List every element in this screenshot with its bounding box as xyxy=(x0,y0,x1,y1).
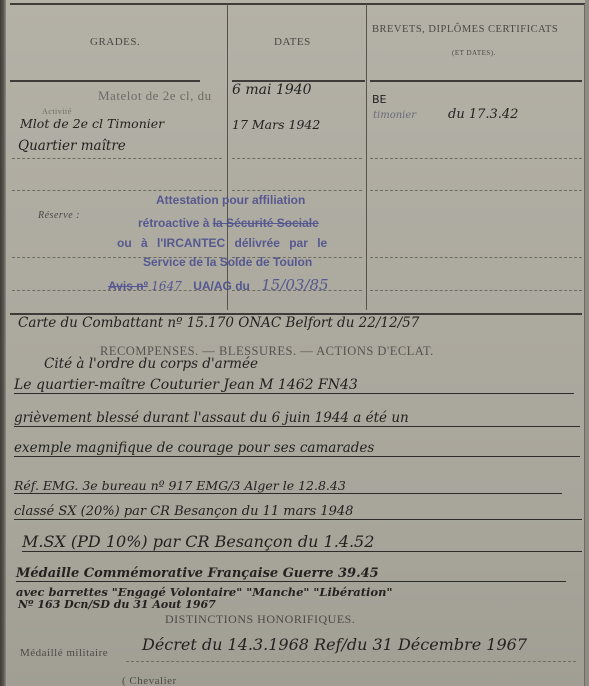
reserve-label: Réserve : xyxy=(38,210,80,221)
distinctions-heading: DISTINCTIONS HONORIFIQUES. xyxy=(165,612,355,627)
row-line xyxy=(370,190,582,191)
grade-entry-1: Mlot de 2e cl Timonier xyxy=(20,116,164,131)
row-line xyxy=(370,158,582,159)
stamp-line-4: Service de la Solde de Toulon xyxy=(143,255,312,269)
printed-activite-label: Activité xyxy=(42,107,72,116)
header-bottom-rule-brevets xyxy=(370,80,582,82)
stamp-line-3: ou à l'IRCANTEC délivrée par le xyxy=(117,236,327,250)
recompense-line-9: avec barrettes "Engagé Volontaire" "Manc… xyxy=(16,585,392,599)
chevalier-text: Chevalier xyxy=(129,675,176,686)
medaille-value: Décret du 14.3.1968 Ref/du 31 Décembre 1… xyxy=(142,635,527,654)
brevet-date: du 17.3.42 xyxy=(448,107,518,122)
row-line xyxy=(370,257,582,258)
row-line xyxy=(370,290,582,291)
row-line xyxy=(12,158,222,159)
recompense-line-10: Nº 163 Dcn/SD du 31 Aout 1967 xyxy=(18,598,216,611)
page-binding-edge xyxy=(0,0,6,686)
grade-entry-2: Quartier maître xyxy=(18,138,126,154)
stamp-avis-date: 15/03/85 xyxy=(261,276,328,294)
row-line xyxy=(232,190,362,191)
column-divider-right xyxy=(584,4,585,686)
printed-matelot-label: Matelot de 2e cl, du xyxy=(98,88,212,104)
header-grades: GRADES. xyxy=(90,36,140,48)
column-divider-2 xyxy=(366,4,367,310)
stamp-avis: Avis nº 1647 UA/AG du 15/03/85 xyxy=(108,276,329,294)
header-bottom-rule-grades xyxy=(10,80,200,82)
recompense-line-4: exemple magnifique de courage pour ses c… xyxy=(14,440,580,457)
brevet-code: BE xyxy=(372,93,387,106)
recompense-line-8: Médaille Commémorative Française Guerre … xyxy=(16,566,566,582)
medaille-line xyxy=(126,661,576,662)
stamp-line-2-prefix: rétroactive à xyxy=(138,216,213,230)
row-line xyxy=(12,190,222,191)
stamp-line-2: rétroactive à la Sécurité Sociale xyxy=(138,216,319,230)
stamp-line-1: Attestation pour affiliation xyxy=(156,193,305,207)
recompense-line-2: Le quartier-maître Couturier Jean M 1462… xyxy=(14,377,574,394)
grade-entry-1-date: 17 Mars 1942 xyxy=(232,117,320,132)
service-record-page: GRADES. DATES BREVETS, DIPLÔMES CERTIFIC… xyxy=(0,0,589,686)
header-dates: DATES xyxy=(274,36,311,48)
carte-combattant: Carte du Combattant nº 15.170 ONAC Belfo… xyxy=(18,315,419,331)
row-line xyxy=(232,158,362,159)
medaille-label: Médaillé militaire xyxy=(20,647,108,659)
header-brevets: BREVETS, DIPLÔMES CERTIFICATS xyxy=(372,24,558,35)
recompense-line-5: Réf. EMG. 3e bureau nº 917 EMG/3 Alger l… xyxy=(14,478,562,494)
page-right-edge xyxy=(585,0,589,686)
chevalier-label: ( Chevalier xyxy=(122,675,177,686)
top-border xyxy=(10,3,585,5)
brevet-specialty: timonier xyxy=(373,110,416,121)
recompense-line-7: M.SX (PD 10%) par CR Besançon du 1.4.52 xyxy=(22,532,582,552)
recompense-line-3: grièvement blessé durant l'assaut du 6 j… xyxy=(14,410,580,427)
stamp-avis-label: Avis nº xyxy=(108,279,148,293)
matelot-date: 6 mai 1940 xyxy=(232,82,312,98)
recompense-line-6: classé SX (20%) par CR Besançon du 11 ma… xyxy=(14,504,582,520)
recompense-line-1: Cité à l'ordre du corps d'armée xyxy=(44,356,258,372)
header-brevets-sub: (ET DATES). xyxy=(452,49,496,57)
stamp-avis-mid: UA/AG du xyxy=(193,279,250,293)
stamp-avis-number: 1647 xyxy=(151,279,182,293)
stamp-line-2-struck: la Sécurité Sociale xyxy=(213,216,319,230)
